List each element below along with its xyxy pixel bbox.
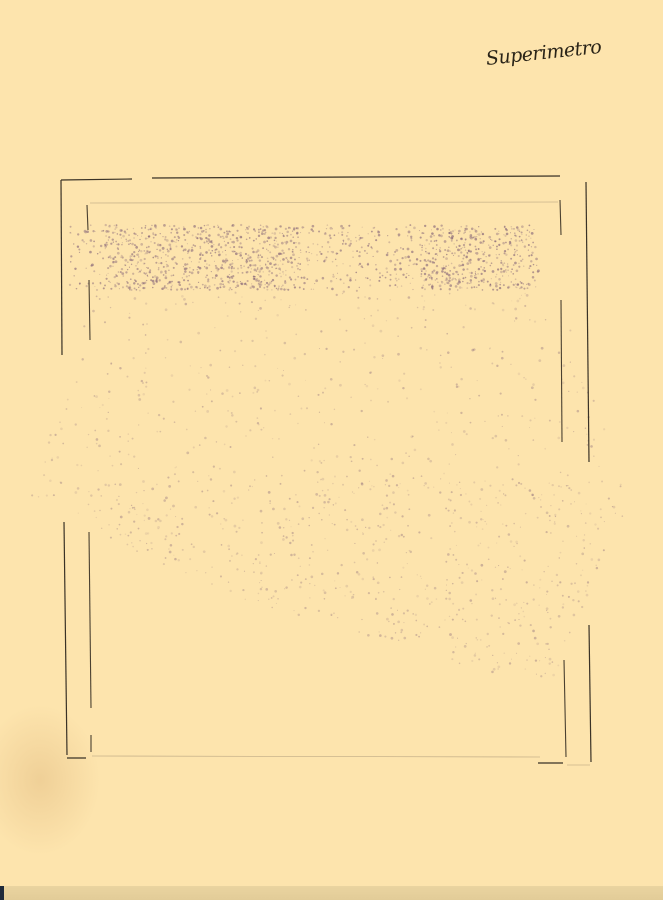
drawing-canvas (0, 0, 663, 900)
scan-edge-mark (0, 886, 4, 900)
outer-frame-lines (61, 176, 591, 763)
paper-sheet: Superimetro (0, 0, 663, 900)
speckle-texture (31, 224, 623, 678)
inner-frame-lines (87, 200, 566, 757)
scan-edge-strip (0, 886, 663, 900)
